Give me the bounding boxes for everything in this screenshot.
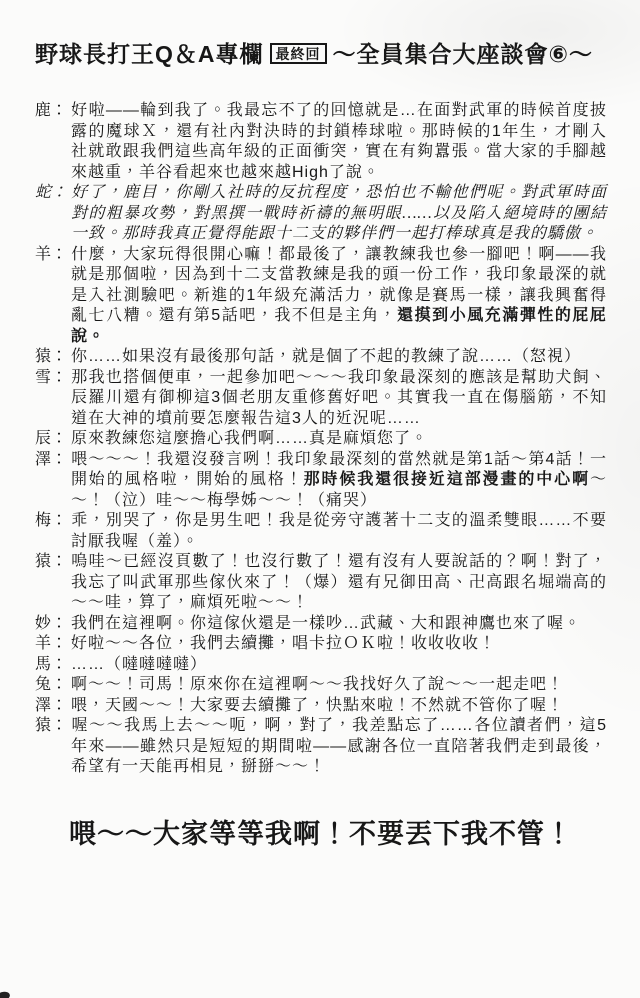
speech-text: 那我也搭個便車，一起參加吧～～～我印象最深刻的應該是幫助犬飼、辰羅川還有御柳這3… [71, 369, 607, 427]
speech-text: 好啦～～各位，我們去續攤，唱卡拉ＯＫ啦！收收收收！ [71, 635, 496, 652]
speech-text: 乖，別哭了，你是男生吧！我是從旁守護著十二支的溫柔雙眼……不要討厭我喔（羞）。 [71, 512, 607, 550]
speech-text: 啊～～！司馬！原來你在這裡啊～～我找好久了說～～一起走吧！ [71, 676, 564, 693]
speaker-label: 羊： [35, 245, 71, 266]
speech-text: 好啦——輪到我了。我最忘不了的回憶就是…在面對武軍的時候首度披露的魔球Ｘ，還有社… [71, 102, 607, 181]
dialogue-line: 兔：啊～～！司馬！原來你在這裡啊～～我找好久了說～～一起走吧！ [35, 675, 607, 696]
speech-text: 好了，鹿目，你剛入社時的反抗程度，恐怕也不輸他們呢。對武軍時面對的粗暴攻勢，對黑… [71, 184, 607, 242]
dialogue-line: 猿：你……如果沒有最後那句話，就是個了不起的教練了說……（怒視） [35, 347, 607, 368]
speaker-label: 猿： [35, 347, 71, 368]
speech-text: 喔～～我馬上去～～呃，啊，對了，我差點忘了……各位讀者們，這5年來——雖然只是短… [71, 717, 607, 775]
speaker-label: 羊： [35, 634, 71, 655]
dialogue-line: 妙：我們在這裡啊。你這傢伙還是一樣吵…武藏、大和跟神鷹也來了喔。 [35, 614, 607, 635]
speaker-label: 雪： [35, 368, 71, 389]
dialogue-list: 鹿：好啦——輪到我了。我最忘不了的回憶就是…在面對武軍的時候首度披露的魔球Ｘ，還… [35, 101, 607, 778]
column-title: 野球長打王Q＆A專欄 [35, 36, 264, 69]
manga-qa-page: 野球長打王Q＆A專欄 最終回 ～全員集合大座談會⑥～ 鹿：好啦——輪到我了。我最… [0, 0, 640, 998]
speaker-label: 馬： [35, 655, 71, 676]
closing-shout: 喂～～大家等等我啊！不要丟下我不管！ [35, 812, 607, 851]
dialogue-line: 梅：乖，別哭了，你是男生吧！我是從旁守護著十二支的溫柔雙眼……不要討厭我喔（羞）… [35, 511, 607, 552]
speaker-label: 辰： [35, 429, 71, 450]
title-subtitle: ～全員集合大座談會⑥～ [333, 36, 593, 69]
speech-text: 我們在這裡啊。你這傢伙還是一樣吵…武藏、大和跟神鷹也來了喔。 [71, 615, 581, 632]
final-episode-badge: 最終回 [270, 43, 327, 64]
page-title: 野球長打王Q＆A專欄 最終回 ～全員集合大座談會⑥～ [35, 36, 615, 69]
speech-text: 嗚哇～已經沒頁數了！也沒行數了！還有沒有人要說話的？啊！對了，我忘了叫武軍那些傢… [71, 553, 607, 611]
dialogue-line: 鹿：好啦——輪到我了。我最忘不了的回憶就是…在面對武軍的時候首度披露的魔球Ｘ，還… [35, 101, 607, 183]
speaker-label: 澤： [35, 696, 71, 717]
speaker-label: 兔： [35, 675, 71, 696]
dialogue-line: 澤：喂～～～！我還沒發言咧！我印象最深刻的當然就是第1話～第4話！一開始的風格啦… [35, 450, 607, 512]
speaker-label: 猿： [35, 716, 71, 737]
speaker-label: 蛇： [35, 183, 71, 204]
dialogue-line: 猿：嗚哇～已經沒頁數了！也沒行數了！還有沒有人要說話的？啊！對了，我忘了叫武軍那… [35, 552, 607, 614]
speaker-label: 澤： [35, 450, 71, 471]
dialogue-line: 辰：原來教練您這麼擔心我們啊……真是麻煩您了。 [35, 429, 607, 450]
speaker-label: 猿： [35, 552, 71, 573]
dialogue-line: 澤：喂，天國～～！大家要去續攤了，快點來啦！不然就不管你了喔！ [35, 696, 607, 717]
speech-text: ……（噠噠噠噠） [71, 656, 207, 673]
dialogue-line: 蛇：好了，鹿目，你剛入社時的反抗程度，恐怕也不輸他們呢。對武軍時面對的粗暴攻勢，… [35, 183, 607, 245]
speaker-label: 妙： [35, 614, 71, 635]
page-corner-mark [0, 990, 11, 998]
dialogue-line: 猿：喔～～我馬上去～～呃，啊，對了，我差點忘了……各位讀者們，這5年來——雖然只… [35, 716, 607, 778]
dialogue-line: 雪：那我也搭個便車，一起參加吧～～～我印象最深刻的應該是幫助犬飼、辰羅川還有御柳… [35, 368, 607, 430]
dialogue-line: 羊：什麼，大家玩得很開心嘛！都最後了，讓教練我也參一腳吧！啊——我就是那個啦，因… [35, 245, 607, 348]
speech-text: 你……如果沒有最後那句話，就是個了不起的教練了說……（怒視） [71, 348, 581, 365]
speaker-label: 鹿： [35, 101, 71, 122]
speaker-label: 梅： [35, 511, 71, 532]
dialogue-line: 馬：……（噠噠噠噠） [35, 655, 607, 676]
dialogue-line: 羊：好啦～～各位，我們去續攤，唱卡拉ＯＫ啦！收收收收！ [35, 634, 607, 655]
speech-text: 喂，天國～～！大家要去續攤了，快點來啦！不然就不管你了喔！ [71, 697, 564, 714]
speech-text: 那時候我還很接近這部漫畫的中心啊 [304, 471, 590, 488]
speech-text: 原來教練您這麼擔心我們啊……真是麻煩您了。 [71, 430, 428, 447]
